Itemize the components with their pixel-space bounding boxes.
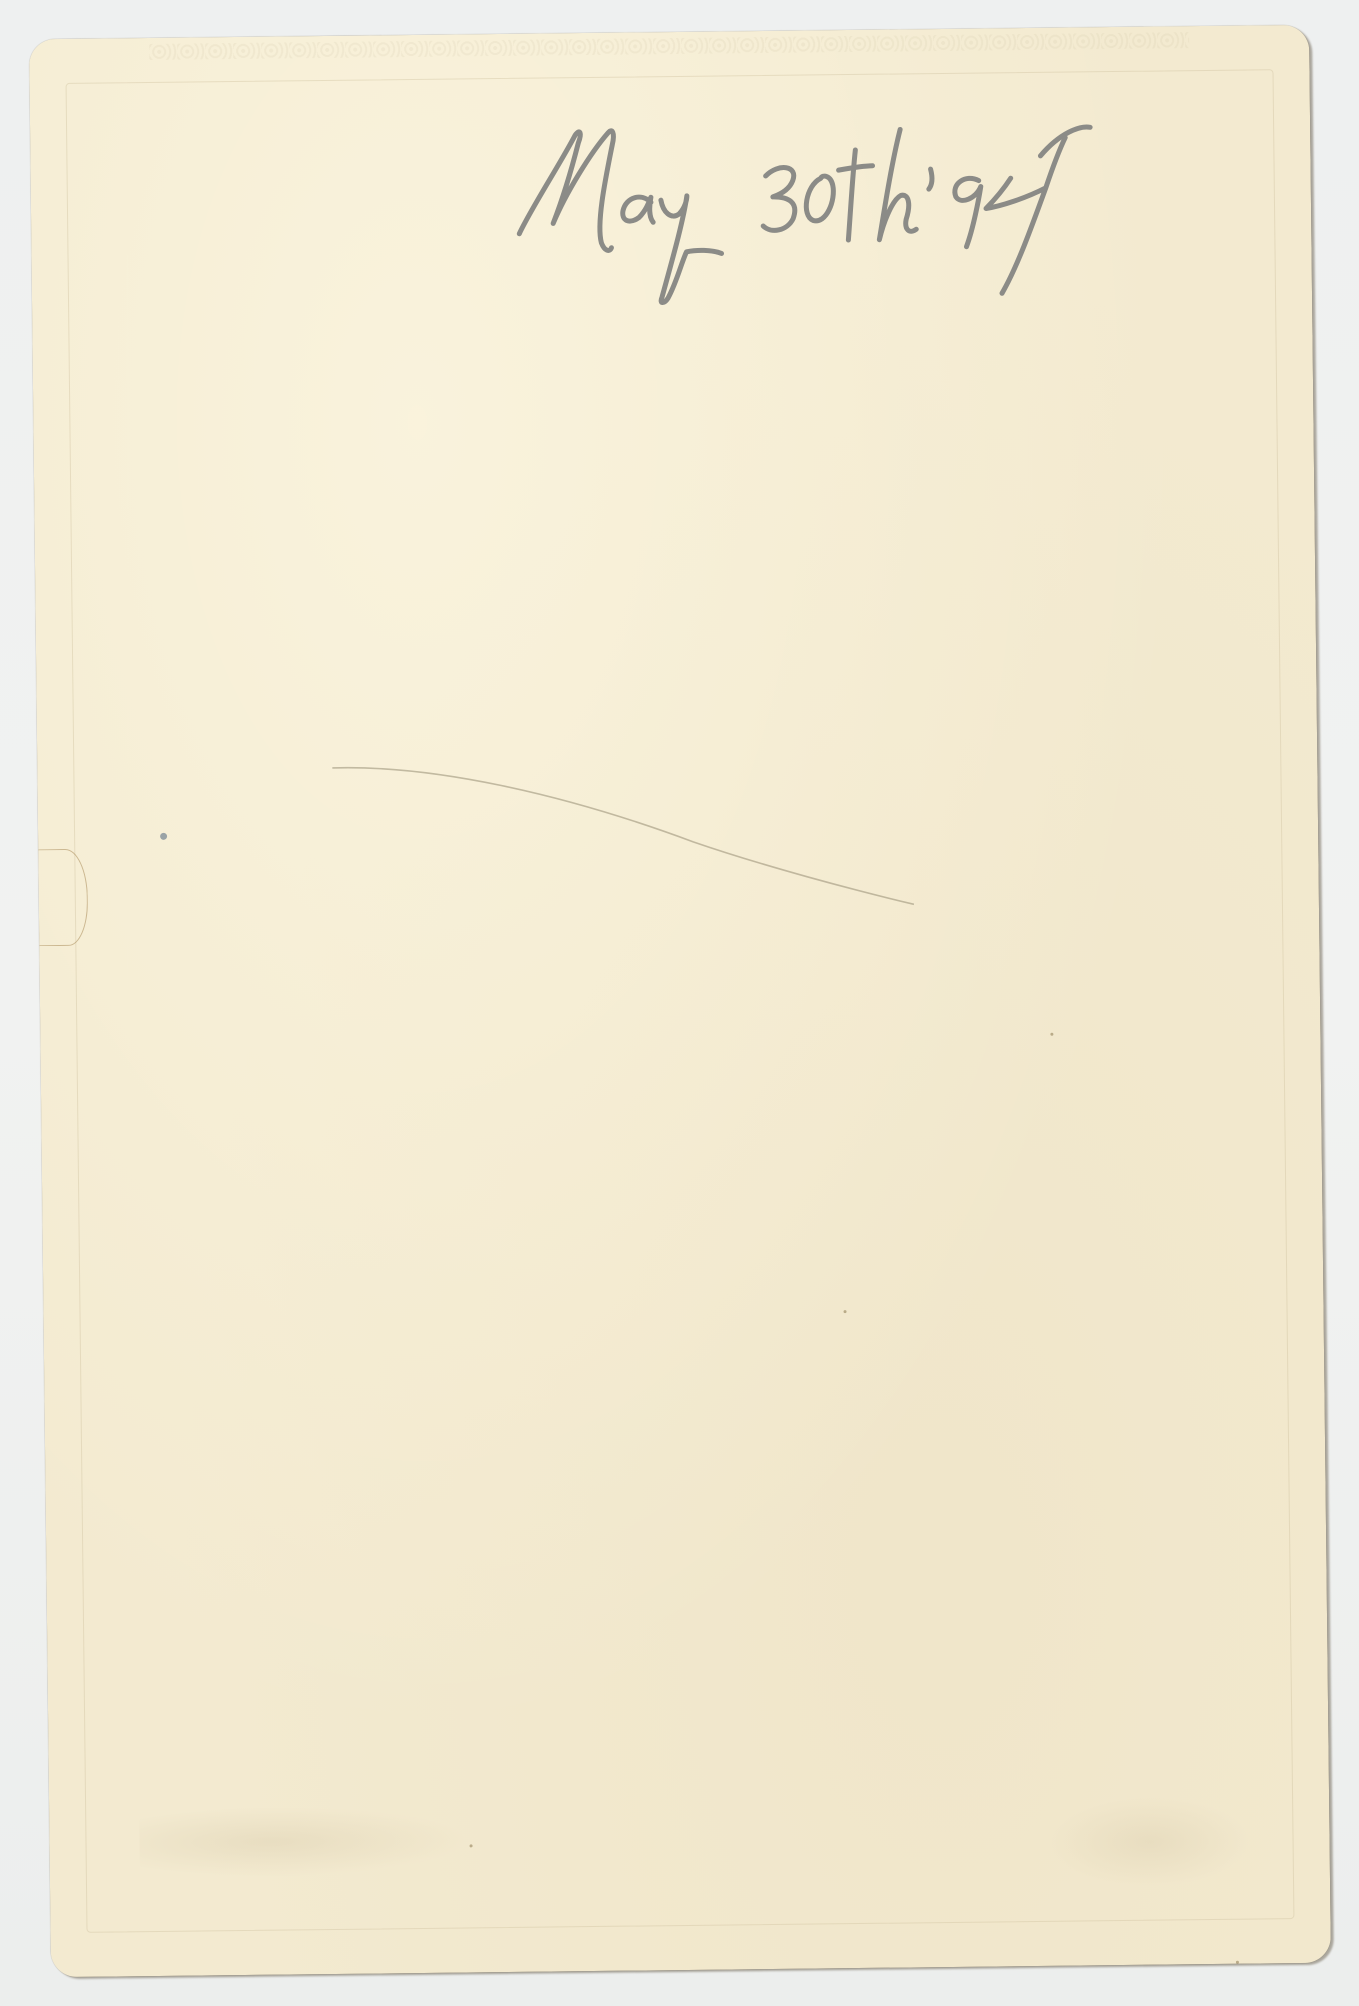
speck xyxy=(1050,1033,1053,1036)
embossed-top-border xyxy=(149,32,1189,60)
faint-imprint-left xyxy=(139,1804,470,1878)
scan-background: May 30th '94 xyxy=(0,0,1359,2006)
cabinet-card-back: May 30th '94 xyxy=(29,25,1331,1977)
scratch-mark xyxy=(312,729,934,916)
faint-imprint-right xyxy=(1049,1796,1250,1888)
speck xyxy=(844,1310,847,1313)
water-stain xyxy=(38,849,88,947)
gray-dot xyxy=(160,833,167,840)
speck xyxy=(1236,1961,1239,1964)
speck xyxy=(470,1844,473,1847)
handwriting-strokes xyxy=(500,84,1353,354)
handwritten-date: May 30th '94 xyxy=(500,84,1353,354)
